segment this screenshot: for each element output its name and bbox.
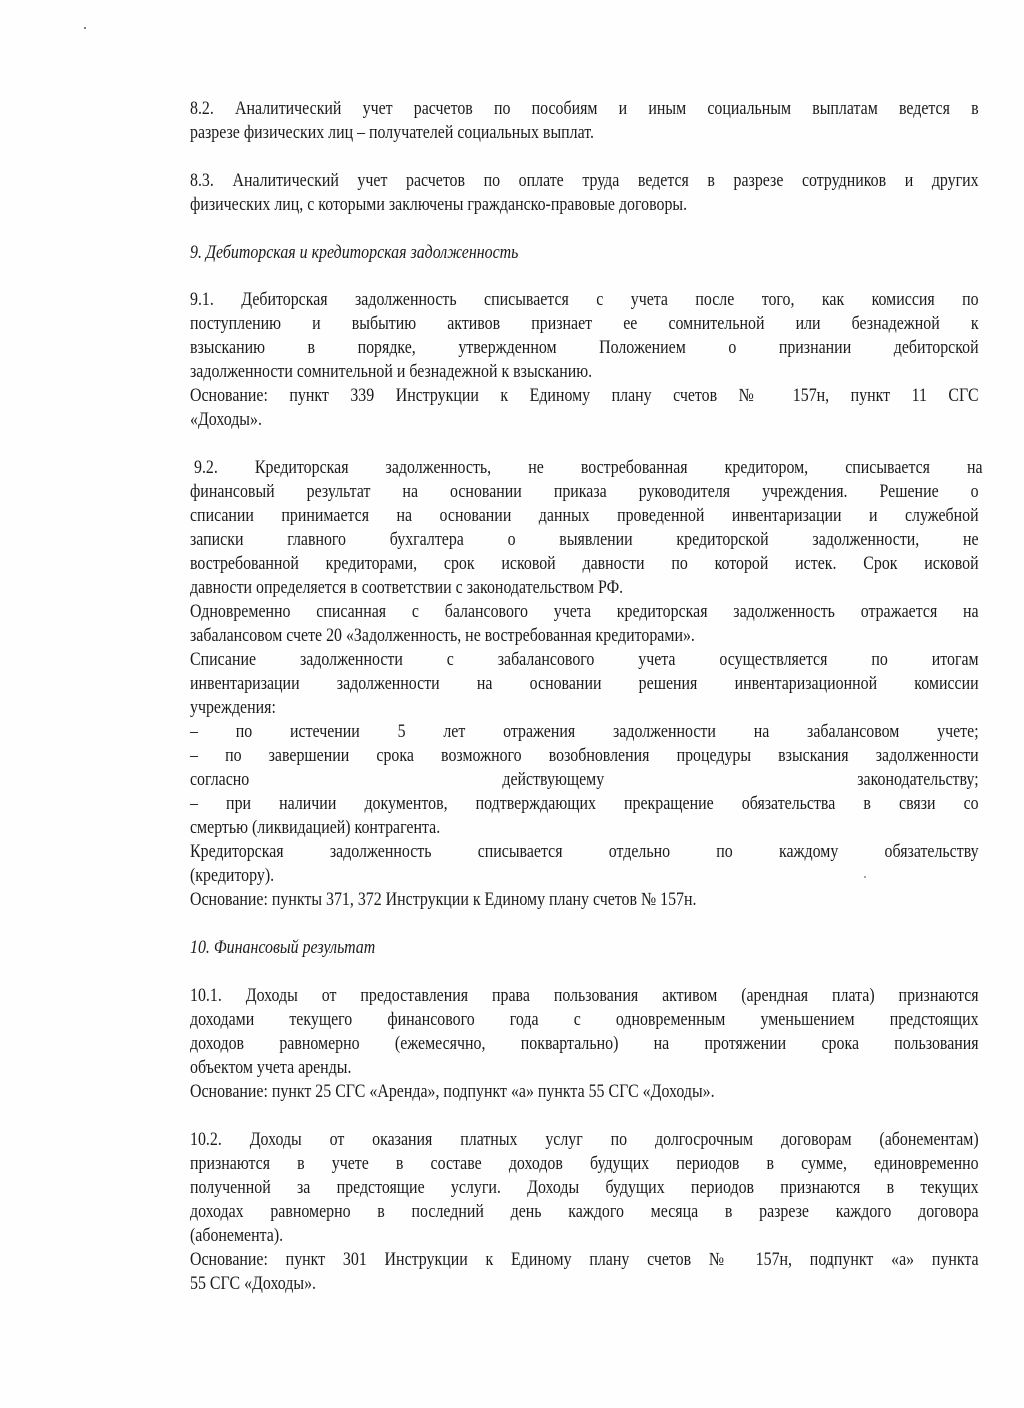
text-line: полученной за предстоящие услуги. Доходы… xyxy=(190,1177,979,1200)
text-line: Основание: пункты 371, 372 Инструкции к … xyxy=(190,889,696,912)
text-line: доходами текущего финансового года с одн… xyxy=(190,1009,979,1032)
text-line: доходах равномерно в последний день кажд… xyxy=(190,1201,979,1224)
heading-text: 10. Финансовый результат xyxy=(190,937,375,960)
text-line: Основание: пункт 25 СГС «Аренда», подпун… xyxy=(190,1081,715,1104)
text-line: 10.2. Доходы от оказания платных услуг п… xyxy=(190,1129,979,1152)
text-line: 9.2. Кредиторская задолженность, не вост… xyxy=(194,457,983,480)
text-line: – при наличии документов, подтверждающих… xyxy=(190,793,979,816)
heading-text: 9. Дебиторская и кредиторская задолженно… xyxy=(190,242,518,265)
text-line: – по завершении срока возможного возобно… xyxy=(190,745,979,768)
text-line: «Доходы». xyxy=(190,409,262,432)
text-line: 55 СГС «Доходы». xyxy=(190,1273,316,1296)
text-line: (кредитору). xyxy=(190,865,274,888)
scanned-page: 8.2. Аналитический учет расчетов по посо… xyxy=(0,0,1024,1408)
text-line: 8.3. Аналитический учет расчетов по опла… xyxy=(190,170,979,193)
text-line: Одновременно списанная с балансового уче… xyxy=(190,601,979,624)
text-line: записки главного бухгалтера о выявлении … xyxy=(190,529,979,552)
scan-speck xyxy=(84,27,86,29)
text-line: разрезе физических лиц – получателей соц… xyxy=(190,122,594,145)
text-line: Основание: пункт 339 Инструкции к Едином… xyxy=(190,385,979,408)
text-line: списании принимается на основании данных… xyxy=(190,505,979,528)
text-line: задолженности сомнительной и безнадежной… xyxy=(190,361,592,384)
text-line: (абонемента). xyxy=(190,1225,283,1248)
text-line: 8.2. Аналитический учет расчетов по посо… xyxy=(190,98,979,121)
text-line: Основание: пункт 301 Инструкции к Едином… xyxy=(190,1249,979,1272)
text-line: доходов равномерно (ежемесячно, покварта… xyxy=(190,1033,979,1056)
text-line: признаются в учете в составе доходов буд… xyxy=(190,1153,979,1176)
text-line: 10.1. Доходы от предоставления права пол… xyxy=(190,985,979,1008)
text-line: давности определяется в соответствии с з… xyxy=(190,577,623,600)
text-line: поступлению и выбытию активов признает е… xyxy=(190,313,979,336)
text-line: физических лиц, с которыми заключены гра… xyxy=(190,194,687,217)
text-line: взысканию в порядке, утвержденном Положе… xyxy=(190,337,979,360)
text-line: забалансовом счете 20 «Задолженность, не… xyxy=(190,625,695,648)
text-line: востребованной кредиторами, срок исковой… xyxy=(190,553,979,576)
text-line: инвентаризации задолженности на основани… xyxy=(190,673,979,696)
text-line: финансовый результат на основании приказ… xyxy=(190,481,979,504)
text-line: – по истечении 5 лет отражения задолженн… xyxy=(190,721,979,744)
text-line: смертью (ликвидацией) контрагента. xyxy=(190,817,440,840)
text-line: учреждения: xyxy=(190,697,276,720)
text-line: Списание задолженности с забалансового у… xyxy=(190,649,979,672)
text-line: 9.1. Дебиторская задолженность списывает… xyxy=(190,289,979,312)
text-line: объектом учета аренды. xyxy=(190,1057,351,1080)
text-line: Кредиторская задолженность списывается о… xyxy=(190,841,979,864)
scan-speck xyxy=(864,876,866,878)
text-line: согласно действующему законодательству; xyxy=(190,769,979,792)
